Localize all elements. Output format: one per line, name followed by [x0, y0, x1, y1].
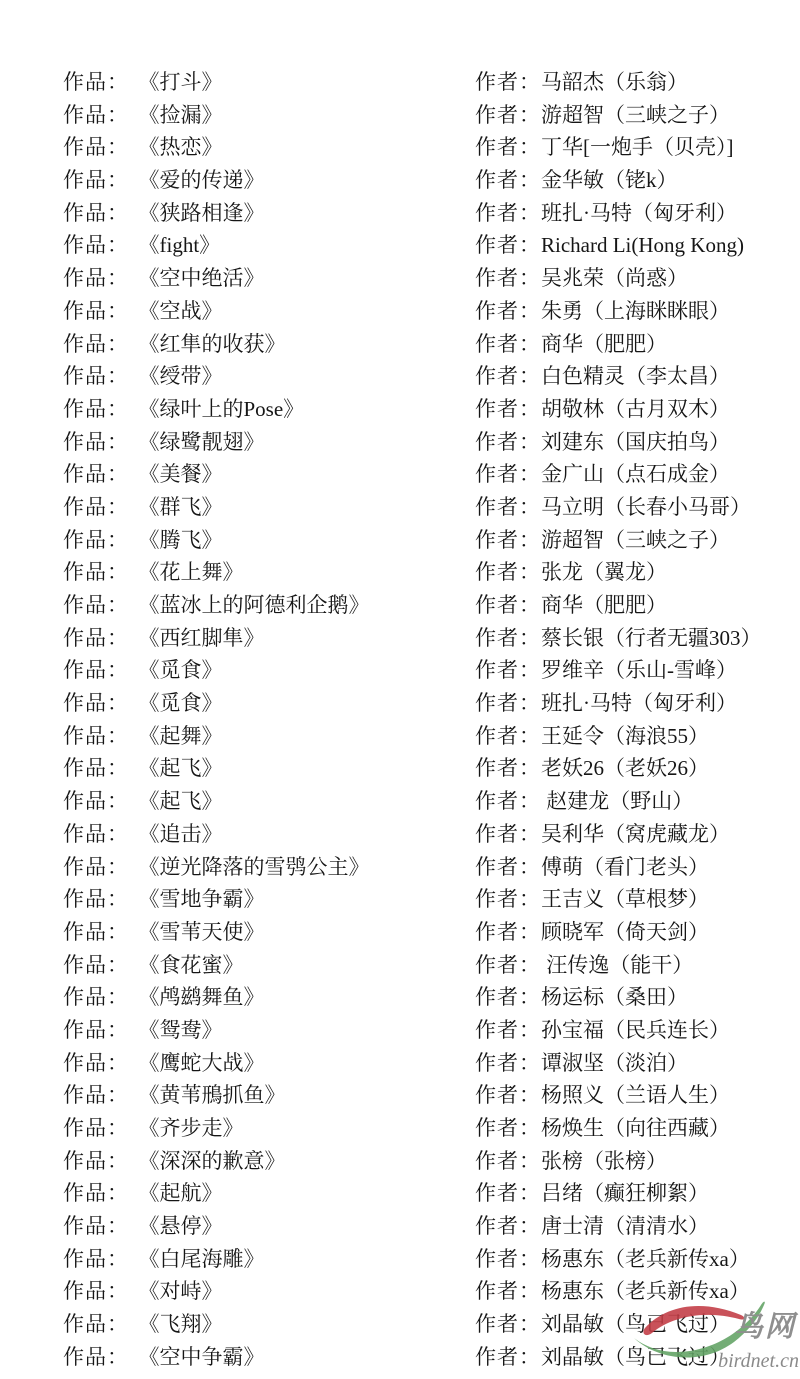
author-label: 作者：	[475, 332, 541, 356]
author-entry: 作者：马韶杰（乐翁）	[475, 66, 800, 99]
author-label: 作者：	[475, 495, 541, 519]
work-title: 《群飞》	[149, 495, 223, 519]
list-item: 作品：《鸳鸯》 作者：孙宝福（民兵连长）	[63, 1014, 800, 1047]
author-label: 作者：	[475, 201, 541, 225]
list-item: 作品：《美餐》 作者：金广山（点石成金）	[63, 458, 800, 491]
work-entry: 作品：《捡漏》	[63, 99, 475, 132]
work-title: 《雪苇天使》	[149, 920, 265, 944]
work-title: 《美餐》	[149, 462, 223, 486]
author-name: 赵建龙（野山）	[541, 789, 693, 813]
author-label: 作者：	[475, 135, 541, 159]
work-label: 作品：	[63, 1345, 129, 1369]
author-entry: 作者：班扎·马特（匈牙利）	[475, 687, 800, 720]
work-label: 作品：	[63, 495, 129, 519]
author-entry: 作者：孙宝福（民兵连长）	[475, 1014, 800, 1047]
work-title: 《花上舞》	[149, 560, 244, 584]
author-entry: 作者：商华（肥肥）	[475, 589, 800, 622]
list-item: 作品：《起飞》 作者： 赵建龙（野山）	[63, 785, 800, 818]
watermark-site-url: birdnet.cn	[718, 1351, 799, 1371]
list-item: 作品：《雪地争霸》 作者：王吉义（草根梦）	[63, 883, 800, 916]
author-label: 作者：	[475, 462, 541, 486]
author-name: 王吉义（草根梦）	[541, 887, 709, 911]
author-label: 作者：	[475, 724, 541, 748]
author-label: 作者：	[475, 364, 541, 388]
author-name: 杨照义（兰语人生）	[541, 1083, 730, 1107]
work-title: 《蓝冰上的阿德利企鹅》	[149, 593, 370, 617]
author-label: 作者：	[475, 822, 541, 846]
work-title: 《深深的歉意》	[149, 1149, 286, 1173]
work-label: 作品：	[63, 887, 129, 911]
list-item: 作品：《爱的传递》 作者：金华敏（铑k）	[63, 164, 800, 197]
work-entry: 作品：《起飞》	[63, 752, 475, 785]
work-title: 《对峙》	[149, 1279, 223, 1303]
author-name: 杨惠东（老兵新传xa）	[541, 1247, 750, 1271]
work-entry: 作品：《深深的歉意》	[63, 1145, 475, 1178]
list-item: 作品：《白尾海雕》 作者：杨惠东（老兵新传xa）	[63, 1243, 800, 1276]
author-label: 作者：	[475, 70, 541, 94]
author-entry: 作者：顾晓军（倚天剑）	[475, 916, 800, 949]
list-item: 作品：《逆光降落的雪鸮公主》 作者：傅萌（看门老头）	[63, 851, 800, 884]
list-item: 作品：《起舞》 作者：王延令（海浪55）	[63, 720, 800, 753]
author-name: 孙宝福（民兵连长）	[541, 1018, 730, 1042]
work-label: 作品：	[63, 1279, 129, 1303]
work-entry: 作品：《对峙》	[63, 1275, 475, 1308]
author-name: 胡敬林（古月双木）	[541, 397, 730, 421]
author-label: 作者：	[475, 1051, 541, 1075]
author-entry: 作者：老妖26（老妖26）	[475, 752, 800, 785]
work-label: 作品：	[63, 70, 129, 94]
author-label: 作者：	[475, 560, 541, 584]
author-label: 作者：	[475, 1247, 541, 1271]
author-name: 张龙（翼龙）	[541, 560, 667, 584]
author-name: 班扎·马特（匈牙利）	[541, 201, 737, 225]
work-entry: 作品：《热恋》	[63, 131, 475, 164]
author-label: 作者：	[475, 953, 541, 977]
work-title: 《空中绝活》	[149, 266, 265, 290]
author-name: 白色精灵（李太昌）	[541, 364, 730, 388]
work-title: 《觅食》	[149, 691, 223, 715]
watermark-site-name: 鸟网	[734, 1313, 796, 1342]
author-name: 杨运标（桑田）	[541, 985, 688, 1009]
work-entry: 作品：《白尾海雕》	[63, 1243, 475, 1276]
work-label: 作品：	[63, 920, 129, 944]
author-name: 张榜（张榜）	[541, 1149, 667, 1173]
work-label: 作品：	[63, 1018, 129, 1042]
work-title: 《逆光降落的雪鸮公主》	[149, 855, 370, 879]
author-name: 顾晓军（倚天剑）	[541, 920, 709, 944]
work-label: 作品：	[63, 756, 129, 780]
author-entry: 作者：唐士清（清清水）	[475, 1210, 800, 1243]
work-label: 作品：	[63, 364, 129, 388]
list-item: 作品：《红隼的收获》 作者：商华（肥肥）	[63, 328, 800, 361]
list-item: 作品：《fight》 作者：Richard Li(Hong Kong)	[63, 229, 800, 262]
author-label: 作者：	[475, 920, 541, 944]
author-entry: 作者：王吉义（草根梦）	[475, 883, 800, 916]
work-label: 作品：	[63, 168, 129, 192]
list-item: 作品：《悬停》 作者：唐士清（清清水）	[63, 1210, 800, 1243]
work-label: 作品：	[63, 855, 129, 879]
work-title: 《起舞》	[149, 724, 223, 748]
list-item: 作品：《西红脚隼》 作者：蔡长银（行者无疆303）	[63, 622, 800, 655]
author-label: 作者：	[475, 528, 541, 552]
work-entry: 作品：《空战》	[63, 295, 475, 328]
work-label: 作品：	[63, 1214, 129, 1238]
list-item: 作品：《觅食》 作者：罗维辛（乐山-雪峰）	[63, 654, 800, 687]
author-entry: 作者： 汪传逸（能干）	[475, 949, 800, 982]
author-entry: 作者：杨惠东（老兵新传xa）	[475, 1243, 800, 1276]
work-title: 《爱的传递》	[149, 168, 265, 192]
author-entry: 作者： 赵建龙（野山）	[475, 785, 800, 818]
work-label: 作品：	[63, 658, 129, 682]
work-title: 《fight》	[149, 233, 220, 257]
work-title: 《腾飞》	[149, 528, 223, 552]
author-label: 作者：	[475, 233, 541, 257]
work-title: 《空中争霸》	[149, 1345, 265, 1369]
work-title: 《食花蜜》	[149, 953, 244, 977]
author-name: 班扎·马特（匈牙利）	[541, 691, 737, 715]
list-item: 作品：《群飞》 作者：马立明（长春小马哥）	[63, 491, 800, 524]
author-entry: 作者：白色精灵（李太昌）	[475, 360, 800, 393]
author-entry: 作者：游超智（三峡之子）	[475, 99, 800, 132]
work-entry: 作品：《鸬鹚舞鱼》	[63, 981, 475, 1014]
work-title: 《西红脚隼》	[149, 626, 265, 650]
work-entry: 作品：《群飞》	[63, 491, 475, 524]
author-entry: 作者：游超智（三峡之子）	[475, 524, 800, 557]
author-entry: 作者：班扎·马特（匈牙利）	[475, 197, 800, 230]
work-entry: 作品：《食花蜜》	[63, 949, 475, 982]
work-title: 《齐步走》	[149, 1116, 244, 1140]
work-label: 作品：	[63, 233, 129, 257]
list-item: 作品：《热恋》 作者：丁华[一炮手（贝壳）]	[63, 131, 800, 164]
author-name: 谭淑坚（淡泊）	[541, 1051, 688, 1075]
list-item: 作品：《追击》 作者：吴利华（窝虎藏龙）	[63, 818, 800, 851]
author-name: 蔡长银（行者无疆303）	[541, 626, 762, 650]
work-label: 作品：	[63, 299, 129, 323]
work-label: 作品：	[63, 332, 129, 356]
author-label: 作者：	[475, 397, 541, 421]
author-entry: 作者：刘建东（国庆拍鸟）	[475, 426, 800, 459]
author-label: 作者：	[475, 1018, 541, 1042]
work-label: 作品：	[63, 560, 129, 584]
author-label: 作者：	[475, 789, 541, 813]
list-item: 作品：《齐步走》 作者：杨焕生（向往西藏）	[63, 1112, 800, 1145]
author-name: 老妖26（老妖26）	[541, 756, 709, 780]
work-label: 作品：	[63, 626, 129, 650]
work-entry: 作品：《起舞》	[63, 720, 475, 753]
author-entry: 作者：金华敏（铑k）	[475, 164, 800, 197]
author-label: 作者：	[475, 168, 541, 192]
work-title: 《打斗》	[149, 70, 223, 94]
work-title: 《飞翔》	[149, 1312, 223, 1336]
list-item: 作品：《黄苇鳽抓鱼》 作者：杨照义（兰语人生）	[63, 1079, 800, 1112]
author-name: 杨焕生（向往西藏）	[541, 1116, 730, 1140]
work-title: 《绿鹭靓翅》	[149, 430, 265, 454]
work-title: 《红隼的收获》	[149, 332, 286, 356]
work-label: 作品：	[63, 1247, 129, 1271]
author-entry: 作者：王延令（海浪55）	[475, 720, 800, 753]
work-entry: 作品：《飞翔》	[63, 1308, 475, 1341]
author-label: 作者：	[475, 1116, 541, 1140]
author-name: 唐士清（清清水）	[541, 1214, 709, 1238]
work-entry: 作品：《美餐》	[63, 458, 475, 491]
work-label: 作品：	[63, 724, 129, 748]
list-item: 作品：《鹰蛇大战》 作者：谭淑坚（淡泊）	[63, 1047, 800, 1080]
author-entry: 作者：商华（肥肥）	[475, 328, 800, 361]
author-name: 游超智（三峡之子）	[541, 528, 730, 552]
work-label: 作品：	[63, 593, 129, 617]
work-label: 作品：	[63, 528, 129, 552]
work-title: 《鹰蛇大战》	[149, 1051, 265, 1075]
work-label: 作品：	[63, 1149, 129, 1173]
list-item: 作品：《绿鹭靓翅》 作者：刘建东（国庆拍鸟）	[63, 426, 800, 459]
work-entry: 作品：《爱的传递》	[63, 164, 475, 197]
author-entry: 作者：吴兆荣（尚惑）	[475, 262, 800, 295]
work-entry: 作品：《狭路相逢》	[63, 197, 475, 230]
list-item: 作品：《打斗》 作者：马韶杰（乐翁）	[63, 66, 800, 99]
work-title: 《绶带》	[149, 364, 223, 388]
work-title: 《狭路相逢》	[149, 201, 265, 225]
author-label: 作者：	[475, 1279, 541, 1303]
work-title: 《白尾海雕》	[149, 1247, 265, 1271]
work-label: 作品：	[63, 1051, 129, 1075]
work-entry: 作品：《起航》	[63, 1177, 475, 1210]
work-title: 《黄苇鳽抓鱼》	[149, 1083, 286, 1107]
author-label: 作者：	[475, 266, 541, 290]
work-entry: 作品：《空中争霸》	[63, 1341, 475, 1374]
work-label: 作品：	[63, 1083, 129, 1107]
work-entry: 作品：《追击》	[63, 818, 475, 851]
author-label: 作者：	[475, 658, 541, 682]
work-label: 作品：	[63, 789, 129, 813]
author-entry: 作者：吕绪（癫狂柳絮）	[475, 1177, 800, 1210]
work-label: 作品：	[63, 1312, 129, 1336]
work-title: 《悬停》	[149, 1214, 223, 1238]
work-label: 作品：	[63, 266, 129, 290]
work-entry: 作品：《红隼的收获》	[63, 328, 475, 361]
work-title: 《绿叶上的Pose》	[149, 397, 304, 421]
author-label: 作者：	[475, 593, 541, 617]
work-entry: 作品：《蓝冰上的阿德利企鹅》	[63, 589, 475, 622]
author-entry: 作者：罗维辛（乐山-雪峰）	[475, 654, 800, 687]
author-entry: 作者：马立明（长春小马哥）	[475, 491, 800, 524]
work-entry: 作品：《fight》	[63, 229, 475, 262]
work-label: 作品：	[63, 985, 129, 1009]
work-entry: 作品：《空中绝活》	[63, 262, 475, 295]
author-entry: 作者：朱勇（上海眯眯眼）	[475, 295, 800, 328]
work-title: 《空战》	[149, 299, 223, 323]
author-entry: 作者：谭淑坚（淡泊）	[475, 1047, 800, 1080]
work-title: 《起飞》	[149, 789, 223, 813]
work-title: 《捡漏》	[149, 103, 223, 127]
work-entry: 作品：《打斗》	[63, 66, 475, 99]
author-name: 朱勇（上海眯眯眼）	[541, 299, 730, 323]
work-title: 《起航》	[149, 1181, 223, 1205]
list-item: 作品：《空中绝活》 作者：吴兆荣（尚惑）	[63, 262, 800, 295]
author-entry: 作者：杨运标（桑田）	[475, 981, 800, 1014]
work-entry: 作品：《雪地争霸》	[63, 883, 475, 916]
author-label: 作者：	[475, 1083, 541, 1107]
author-name: 金华敏（铑k）	[541, 168, 678, 192]
author-label: 作者：	[475, 756, 541, 780]
author-label: 作者：	[475, 985, 541, 1009]
author-name: 游超智（三峡之子）	[541, 103, 730, 127]
birdnet-watermark: 鸟网 birdnet.cn	[628, 1297, 800, 1373]
author-name: Richard Li(Hong Kong)	[541, 233, 744, 257]
author-label: 作者：	[475, 1214, 541, 1238]
work-entry: 作品：《觅食》	[63, 654, 475, 687]
author-entry: 作者：杨焕生（向往西藏）	[475, 1112, 800, 1145]
author-name: 罗维辛（乐山-雪峰）	[541, 658, 737, 682]
list-item: 作品：《深深的歉意》 作者：张榜（张榜）	[63, 1145, 800, 1178]
work-entry: 作品：《鹰蛇大战》	[63, 1047, 475, 1080]
list-item: 作品：《绿叶上的Pose》 作者：胡敬林（古月双木）	[63, 393, 800, 426]
author-name: 金广山（点石成金）	[541, 462, 730, 486]
author-entry: 作者：傅萌（看门老头）	[475, 851, 800, 884]
work-label: 作品：	[63, 691, 129, 715]
author-name: 吴利华（窝虎藏龙）	[541, 822, 730, 846]
author-label: 作者：	[475, 626, 541, 650]
list-item: 作品：《花上舞》 作者：张龙（翼龙）	[63, 556, 800, 589]
work-entry: 作品：《雪苇天使》	[63, 916, 475, 949]
work-title: 《觅食》	[149, 658, 223, 682]
list-item: 作品：《觅食》 作者：班扎·马特（匈牙利）	[63, 687, 800, 720]
author-entry: 作者：金广山（点石成金）	[475, 458, 800, 491]
author-label: 作者：	[475, 430, 541, 454]
author-entry: 作者：吴利华（窝虎藏龙）	[475, 818, 800, 851]
work-entry: 作品：《花上舞》	[63, 556, 475, 589]
author-entry: 作者：丁华[一炮手（贝壳）]	[475, 131, 800, 164]
list-item: 作品：《捡漏》 作者：游超智（三峡之子）	[63, 99, 800, 132]
work-entry: 作品：《悬停》	[63, 1210, 475, 1243]
author-name: 吴兆荣（尚惑）	[541, 266, 688, 290]
author-label: 作者：	[475, 1149, 541, 1173]
author-name: 马韶杰（乐翁）	[541, 70, 688, 94]
work-entry: 作品：《绶带》	[63, 360, 475, 393]
author-entry: 作者：杨照义（兰语人生）	[475, 1079, 800, 1112]
author-entry: 作者：胡敬林（古月双木）	[475, 393, 800, 426]
work-label: 作品：	[63, 103, 129, 127]
author-name: 刘建东（国庆拍鸟）	[541, 430, 730, 454]
work-label: 作品：	[63, 822, 129, 846]
work-label: 作品：	[63, 1181, 129, 1205]
work-label: 作品：	[63, 430, 129, 454]
list-item: 作品：《起飞》 作者：老妖26（老妖26）	[63, 752, 800, 785]
work-entry: 作品：《鸳鸯》	[63, 1014, 475, 1047]
author-entry: 作者：Richard Li(Hong Kong)	[475, 229, 800, 262]
author-name: 商华（肥肥）	[541, 332, 667, 356]
author-label: 作者：	[475, 691, 541, 715]
work-entry: 作品：《起飞》	[63, 785, 475, 818]
work-label: 作品：	[63, 201, 129, 225]
author-label: 作者：	[475, 855, 541, 879]
author-name: 汪传逸（能干）	[541, 953, 693, 977]
list-item: 作品：《蓝冰上的阿德利企鹅》 作者：商华（肥肥）	[63, 589, 800, 622]
work-entry: 作品：《黄苇鳽抓鱼》	[63, 1079, 475, 1112]
work-label: 作品：	[63, 462, 129, 486]
author-label: 作者：	[475, 1345, 541, 1369]
author-label: 作者：	[475, 103, 541, 127]
author-entry: 作者：张龙（翼龙）	[475, 556, 800, 589]
author-name: 商华（肥肥）	[541, 593, 667, 617]
work-title: 《起飞》	[149, 756, 223, 780]
list-item: 作品：《绶带》 作者：白色精灵（李太昌）	[63, 360, 800, 393]
author-name: 王延令（海浪55）	[541, 724, 709, 748]
author-label: 作者：	[475, 1312, 541, 1336]
work-label: 作品：	[63, 397, 129, 421]
author-label: 作者：	[475, 299, 541, 323]
work-entry: 作品：《齐步走》	[63, 1112, 475, 1145]
work-entry: 作品：《觅食》	[63, 687, 475, 720]
author-entry: 作者：张榜（张榜）	[475, 1145, 800, 1178]
list-item: 作品：《食花蜜》 作者： 汪传逸（能干）	[63, 949, 800, 982]
work-title: 《热恋》	[149, 135, 223, 159]
work-entry: 作品：《绿鹭靓翅》	[63, 426, 475, 459]
author-name: 吕绪（癫狂柳絮）	[541, 1181, 709, 1205]
author-label: 作者：	[475, 1181, 541, 1205]
list-item: 作品：《腾飞》 作者：游超智（三峡之子）	[63, 524, 800, 557]
list-item: 作品：《雪苇天使》 作者：顾晓军（倚天剑）	[63, 916, 800, 949]
list-item: 作品：《狭路相逢》 作者：班扎·马特（匈牙利）	[63, 197, 800, 230]
work-label: 作品：	[63, 1116, 129, 1140]
entries-list: 作品：《打斗》 作者：马韶杰（乐翁） 作品：《捡漏》 作者：游超智（三峡之子） …	[63, 66, 800, 1374]
work-entry: 作品：《腾飞》	[63, 524, 475, 557]
author-name: 马立明（长春小马哥）	[541, 495, 751, 519]
work-title: 《鸳鸯》	[149, 1018, 223, 1042]
list-item: 作品：《起航》 作者：吕绪（癫狂柳絮）	[63, 1177, 800, 1210]
author-name: 丁华[一炮手（贝壳）]	[541, 135, 734, 159]
list-item: 作品：《鸬鹚舞鱼》 作者：杨运标（桑田）	[63, 981, 800, 1014]
author-entry: 作者：蔡长银（行者无疆303）	[475, 622, 800, 655]
work-title: 《鸬鹚舞鱼》	[149, 985, 265, 1009]
work-title: 《追击》	[149, 822, 223, 846]
work-title: 《雪地争霸》	[149, 887, 265, 911]
work-entry: 作品：《西红脚隼》	[63, 622, 475, 655]
author-name: 傅萌（看门老头）	[541, 855, 709, 879]
list-item: 作品：《空战》 作者：朱勇（上海眯眯眼）	[63, 295, 800, 328]
author-label: 作者：	[475, 887, 541, 911]
work-label: 作品：	[63, 953, 129, 977]
work-entry: 作品：《逆光降落的雪鸮公主》	[63, 851, 475, 884]
work-label: 作品：	[63, 135, 129, 159]
work-entry: 作品：《绿叶上的Pose》	[63, 393, 475, 426]
